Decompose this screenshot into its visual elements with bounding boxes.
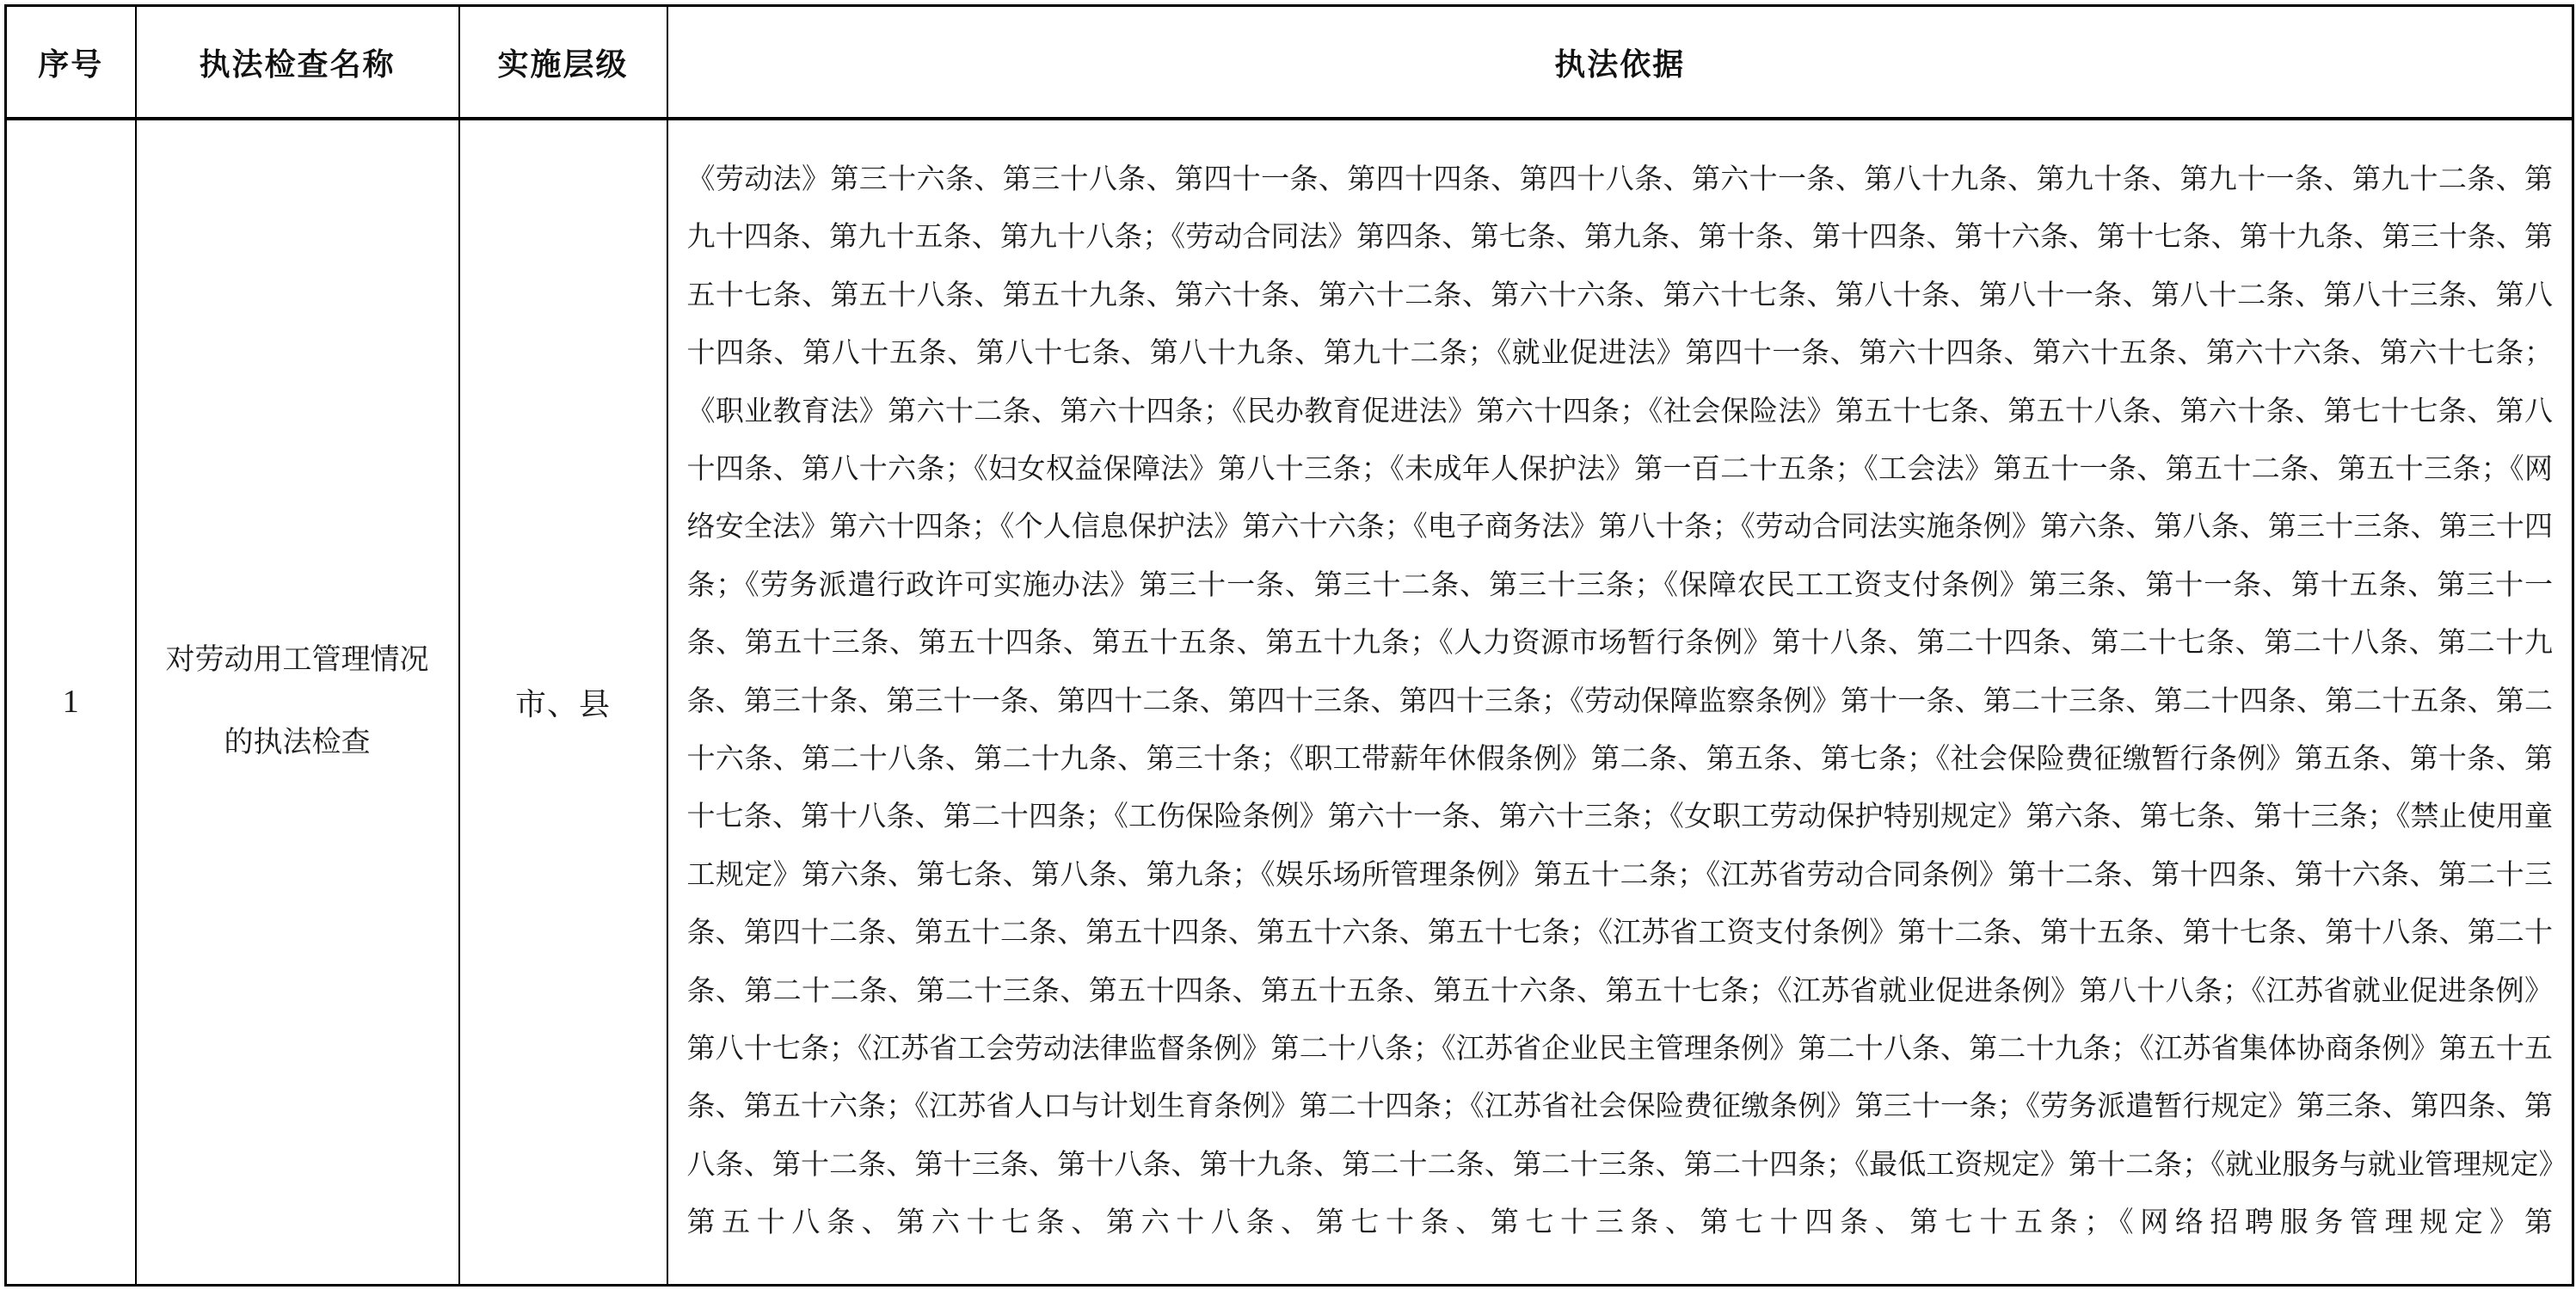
row-index-cell: 1: [6, 119, 136, 1285]
header-legal-basis: 执法依据: [667, 6, 2573, 120]
enforcement-inspection-table: 序号 执法检查名称 实施层级 执法依据 1 对劳动用工管理情况的执法检查 市、县…: [4, 4, 2574, 1287]
legal-basis-cell: 《劳动法》第三十六条、第三十八条、第四十一条、第四十四条、第四十八条、第六十一条…: [667, 119, 2573, 1285]
inspection-name-text: 对劳动用工管理情况的执法检查: [159, 619, 436, 784]
table-row: 1 对劳动用工管理情况的执法检查 市、县 《劳动法》第三十六条、第三十八条、第四…: [6, 119, 2573, 1285]
implementation-level-cell: 市、县: [459, 119, 667, 1285]
document-page: 序号 执法检查名称 实施层级 执法依据 1 对劳动用工管理情况的执法检查 市、县…: [0, 0, 2576, 1302]
table-header-row: 序号 执法检查名称 实施层级 执法依据: [6, 6, 2573, 120]
header-implementation-level: 实施层级: [459, 6, 667, 120]
inspection-name-cell: 对劳动用工管理情况的执法检查: [136, 119, 459, 1285]
legal-basis-text: 《劳动法》第三十六条、第三十八条、第四十一条、第四十四条、第四十八条、第六十一条…: [687, 151, 2554, 1253]
header-index: 序号: [6, 6, 136, 120]
header-inspection-name: 执法检查名称: [136, 6, 459, 120]
